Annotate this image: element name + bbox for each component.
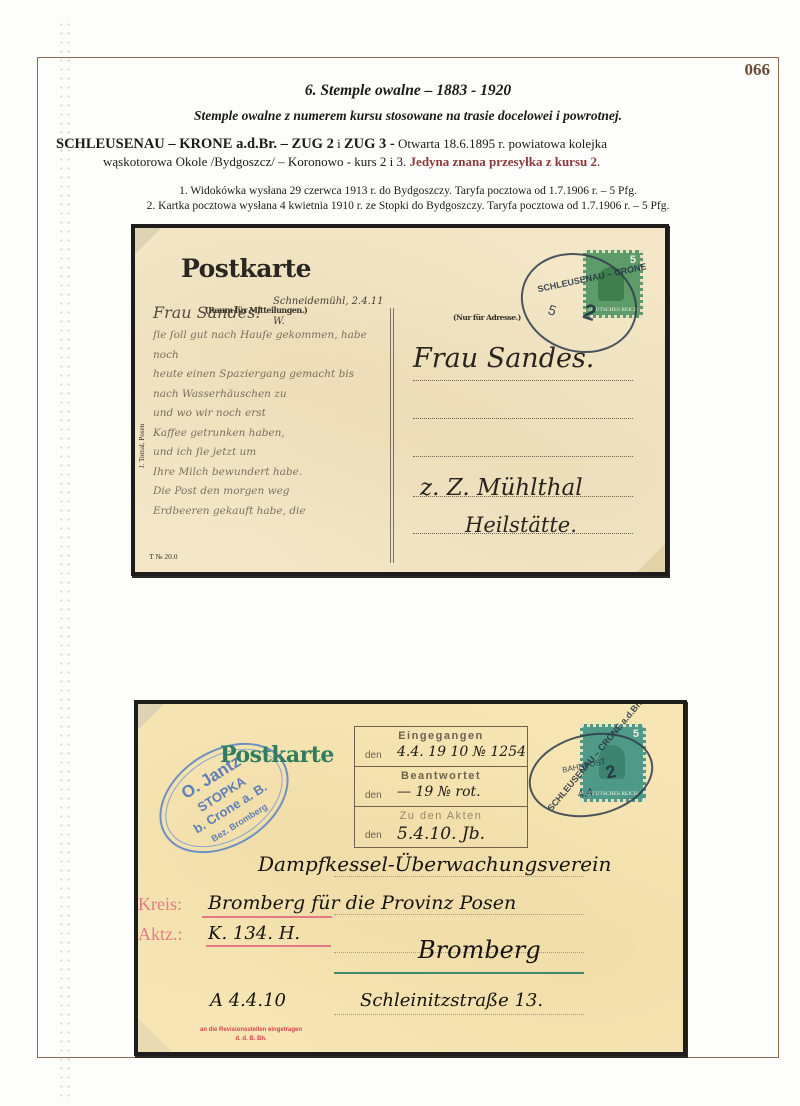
photo-corner: [637, 544, 665, 572]
receipt-handstamp: Eingegangen den 4.4. 19 10 № 1254 Beantw…: [354, 726, 528, 848]
postmark-date: 4.4.: [577, 785, 597, 801]
address-line: [413, 456, 633, 457]
photo-corner: [138, 704, 164, 730]
postcard-1: Frau Sandes! Schneidemühl, 2.4.11 W. ſie…: [131, 224, 669, 576]
signature: A 4.4.10: [210, 990, 286, 1011]
red-registration-stamp: an die Revisionsstellen eingetragen d. d…: [200, 1026, 302, 1044]
kreis-label: Kreis:: [138, 894, 182, 915]
postmark-course: 2: [580, 299, 600, 328]
route-desc-2: wąskotorowa Okole /Bydgoszcz/ – Koronowo…: [103, 154, 410, 169]
route-name-2: ZUG 3 -: [344, 136, 395, 152]
route-highlight: Jedyna znana przesyłka z kursu 2: [410, 154, 597, 169]
postmark-course: 2: [604, 761, 618, 784]
postcard-heading: Postkarte: [181, 254, 311, 283]
address-line: [413, 380, 633, 381]
green-rule: [334, 972, 584, 974]
exhibit-page-frame: 066 6. Stemple owalne – 1883 - 1920 Stem…: [37, 57, 779, 1058]
postcard-2: O. Jantz STOPKA b. Crone a. B. Bez. Brom…: [134, 700, 687, 1056]
receipt-row-filed: Zu den Akten den 5.4.10. Jb.: [355, 807, 527, 847]
address-line-3: Heilstätte.: [465, 513, 577, 537]
address-caption: (Nur für Adresse.): [453, 313, 521, 322]
address-line-1: Dampfkessel-Überwachungsverein: [258, 852, 611, 876]
stamp-value: 5: [633, 728, 639, 740]
receipt-row-received: Eingegangen den 4.4. 19 10 № 1254: [355, 727, 527, 767]
publisher-imprint: J. Tomal, Posen: [138, 424, 146, 468]
route-name: SCHLEUSENAU – KRONE a.d.Br. – ZUG 2: [56, 136, 334, 152]
page-number: 066: [745, 60, 771, 80]
note-1: 1. Widokówka wysłana 29 czerwca 1913 r. …: [38, 184, 778, 199]
address-line-2: Bromberg für die Provinz Posen: [208, 892, 516, 914]
aktz-value: K. 134. H.: [208, 923, 300, 944]
page-subtitle: Stemple owalne z numerem kursu stosowane…: [38, 108, 778, 124]
receipt-row-answered: Beantwortet den — 19 № rot.: [355, 767, 527, 807]
postmark-date: 5: [546, 301, 558, 319]
message-caption: (Raum für Mitteilungen.): [205, 305, 307, 315]
print-code: T № 20.0: [149, 552, 177, 561]
address-city: Bromberg: [418, 936, 541, 964]
route-description: SCHLEUSENAU – KRONE a.d.Br. – ZUG 2 i ZU…: [56, 135, 756, 171]
aktz-label: Aktz.:: [138, 924, 183, 945]
postcard-heading: Postkarte: [220, 742, 334, 768]
note-2: 2. Kartka pocztowa wysłana 4 kwietnia 19…: [38, 199, 778, 214]
address-line-2: z. Z. Mühlthal: [420, 475, 583, 501]
address-street: Schleinitzstraße 13.: [360, 990, 543, 1011]
address-line: [413, 418, 633, 419]
handwritten-message: Frau Sandes! Schneidemühl, 2.4.11 W. ſie…: [153, 242, 393, 521]
item-notes: 1. Widokówka wysłana 29 czerwca 1913 r. …: [38, 184, 778, 214]
photo-corner: [138, 1018, 172, 1052]
page-title: 6. Stemple owalne – 1883 - 1920: [38, 82, 778, 100]
route-desc-1: Otwarta 18.6.1895 r. powiatowa kolejka: [395, 136, 607, 151]
divider-line: [390, 308, 394, 563]
